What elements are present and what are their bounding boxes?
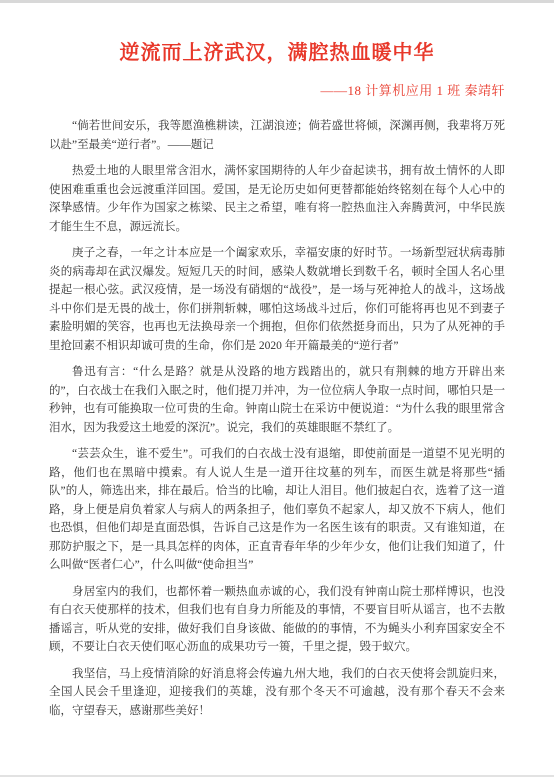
paragraph-conclusion: 我坚信，马上疫情消除的好消息将会传遍九州大地，我们的白衣天使将会凯旋归来，全国人…	[49, 665, 505, 721]
paragraph-patriotism: 热爱土地的人眼里常含泪水，满怀家国期待的人年少奋起读书，拥有故土情怀的人即使困难…	[49, 162, 505, 236]
paragraph-our-duty: 身居室内的我们，也都怀着一颗热血赤诚的心，我们没有钟南山院士那样博识，也没有白衣…	[49, 583, 505, 657]
paragraph-doctors-duty: “芸芸众生，谁不爱生”。可我们的白衣战士没有退缩，即使前面是一道望不见光明的路，…	[49, 445, 505, 575]
essay-title: 逆流而上济武汉，满腔热血暖中华	[49, 40, 505, 66]
essay-page: 逆流而上济武汉，满腔热血暖中华 ——18 计算机应用 1 班 秦靖轩 “倘若世间…	[0, 0, 554, 720]
window-top-border	[0, 0, 554, 3]
essay-body: “倘若世间安乐，我等愿渔樵耕读，江湖浪迹；倘若盛世将倾，深渊再侧，我辈将万死以赴…	[49, 117, 505, 720]
paragraph-epigraph: “倘若世间安乐，我等愿渔樵耕读，江湖浪迹；倘若盛世将倾，深渊再侧，我辈将万死以赴…	[49, 117, 505, 154]
essay-byline: ——18 计算机应用 1 班 秦靖轩	[49, 82, 505, 100]
paragraph-luxun-quote: 鲁迅有言：“什么是路？就是从没路的地方践踏出的，就只有荆棘的地方开辟出来的”，白…	[49, 363, 505, 437]
paragraph-outbreak: 庚子之春，一年之计本应是一个阖家欢乐，幸福安康的好时节。一场新型冠状病毒肺炎的病…	[49, 244, 505, 355]
document-page: { "doc": { "title": "逆流而上济武汉，满腔热血暖中华", "…	[0, 0, 554, 777]
